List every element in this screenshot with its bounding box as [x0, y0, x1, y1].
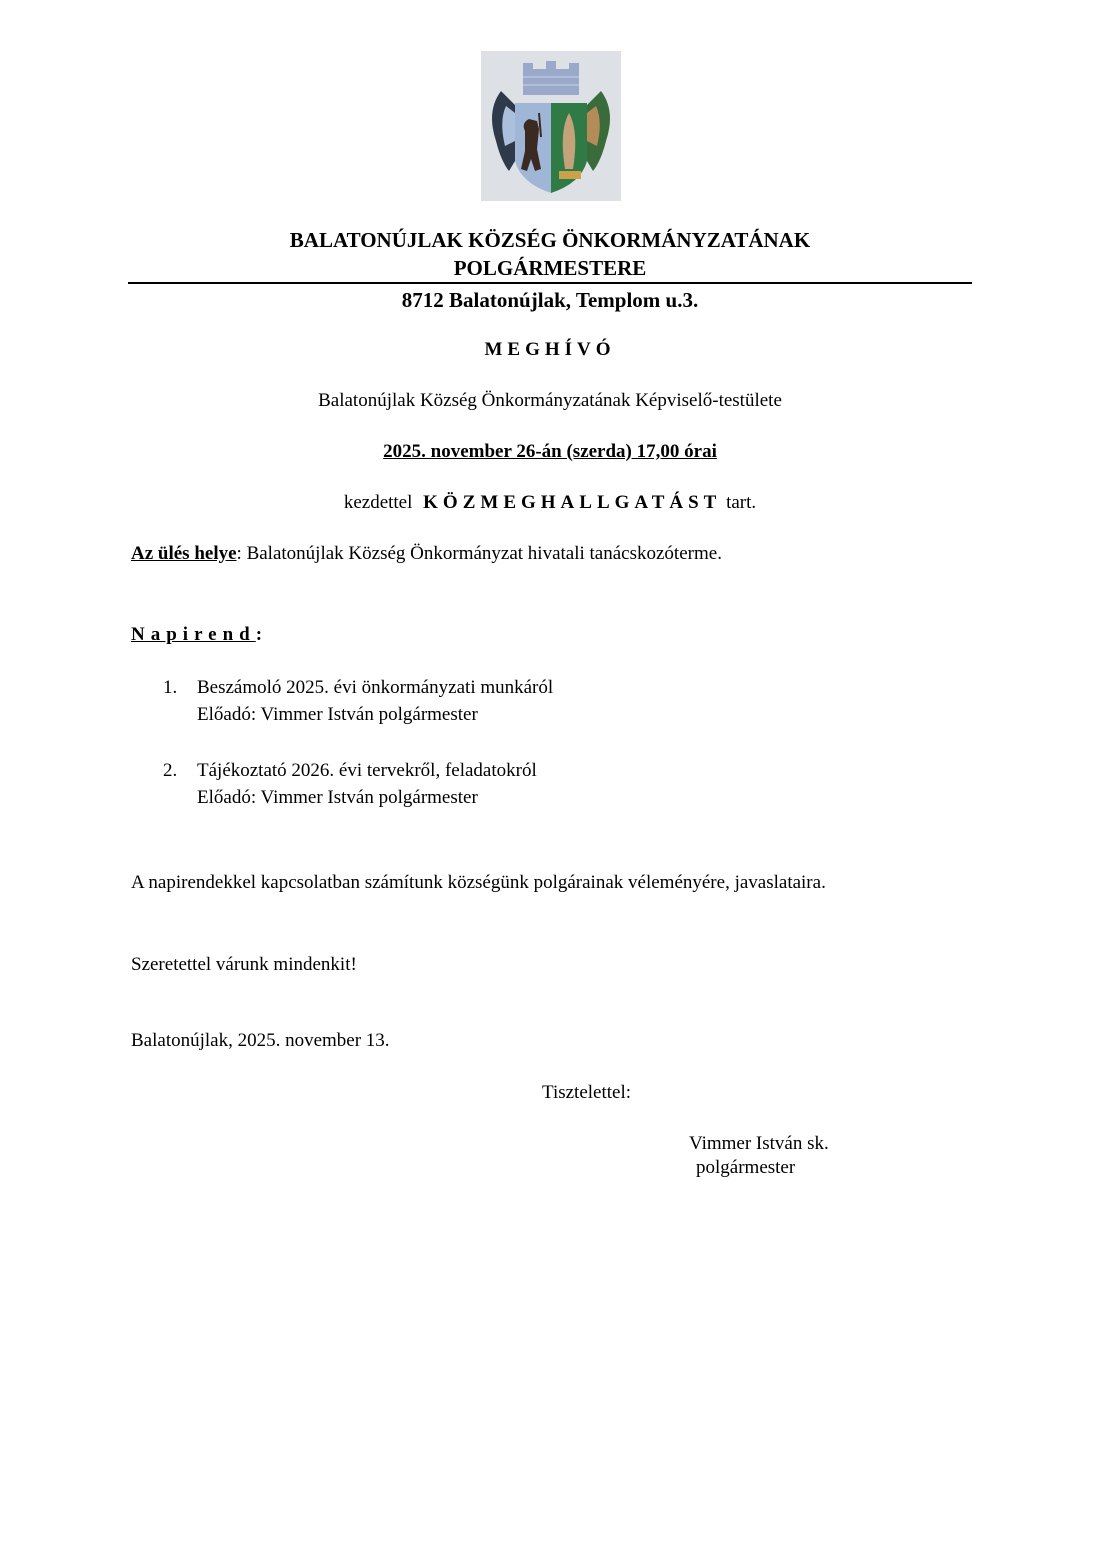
- agenda-item-1-number: 1.: [163, 677, 177, 699]
- meeting-date-time: 2025. november 26-án (szerda) 17,00 órai: [383, 441, 717, 462]
- event-name: KÖZMEGHALLGATÁST: [423, 492, 721, 513]
- body-line: Balatonújlak Község Önkormányzatának Kép…: [0, 390, 1100, 412]
- header-divider: [128, 282, 972, 284]
- header-address: 8712 Balatonújlak, Templom u.3.: [0, 288, 1100, 313]
- start-prefix: kezdettel: [344, 492, 413, 513]
- signer-title: polgármester: [696, 1157, 795, 1179]
- start-suffix: tart.: [726, 492, 756, 513]
- welcome-line: Szeretettel várunk mindenkit!: [131, 954, 357, 976]
- crest-icon: [481, 51, 621, 201]
- venue-text: : Balatonújlak Község Önkormányzat hivat…: [237, 543, 722, 564]
- agenda-item-2-presenter: Előadó: Vimmer István polgármester: [197, 787, 478, 809]
- header-line-1: BALATONÚJLAK KÖZSÉG ÖNKORMÁNYZATÁNAK: [0, 228, 1100, 253]
- agenda-heading: Napirend:: [131, 624, 268, 646]
- header-line-2: POLGÁRMESTERE: [0, 256, 1100, 281]
- venue-label: Az ülés helye: [131, 543, 237, 564]
- event-line: kezdettel KÖZMEGHALLGATÁST tart.: [0, 492, 1100, 514]
- closing-paragraph: A napirendekkel kapcsolatban számítunk k…: [131, 869, 969, 897]
- regards: Tisztelettel:: [542, 1082, 631, 1104]
- agenda-item-2-title: Tájékoztató 2026. évi tervekről, feladat…: [197, 760, 537, 782]
- agenda-item-2-number: 2.: [163, 760, 177, 782]
- agenda-item-1-title: Beszámoló 2025. évi önkormányzati munkár…: [197, 677, 553, 699]
- coat-of-arms-image: [481, 51, 621, 201]
- agenda-label: Napirend: [131, 624, 256, 645]
- signer-name: Vimmer István sk.: [689, 1133, 829, 1155]
- date-time-line: 2025. november 26-án (szerda) 17,00 órai: [0, 441, 1100, 463]
- place-date: Balatonújlak, 2025. november 13.: [131, 1030, 390, 1052]
- venue-line: Az ülés helye: Balatonújlak Község Önkor…: [131, 543, 722, 565]
- document-title: MEGHÍVÓ: [0, 339, 1100, 361]
- agenda-colon: :: [256, 624, 268, 645]
- agenda-item-1-presenter: Előadó: Vimmer István polgármester: [197, 704, 478, 726]
